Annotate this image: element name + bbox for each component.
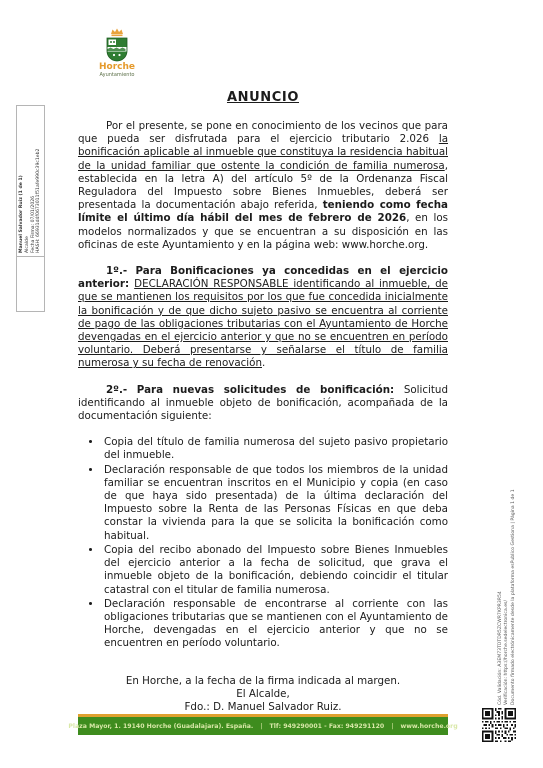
list-item: Copia del título de familia numerosa del… xyxy=(102,436,448,462)
platform-note: Documento firmado electrónicamente desde… xyxy=(511,390,517,705)
section1-underlined: DECLARACIÓN RESPONSABLE identificando al… xyxy=(78,278,448,369)
list-item: Declaración responsable de que todos los… xyxy=(102,464,448,543)
list-item: Copia del recibo abonado del Impuesto so… xyxy=(102,544,448,597)
document-body: Por el presente, se pone en conocimiento… xyxy=(78,120,448,727)
stamp-hash: HASH: 66931d4f0673011f51afe990c39c1eb2 xyxy=(36,107,42,253)
footer-address: Plaza Mayor, 1. 19140 Horche (Guadalajar… xyxy=(68,723,253,730)
logo-title: Horche xyxy=(90,62,144,72)
section2-heading: 2º.- Para nuevas solicitudes de bonifica… xyxy=(106,384,404,396)
footer-phone-fax: Tlf: 949290001 - Fax: 949291120 xyxy=(270,723,385,730)
margin-signature-text: Manuel Salvador Ruiz (1 de 1) Alcalde Fe… xyxy=(17,106,44,256)
page-title: ANUNCIO xyxy=(78,90,448,105)
section1-text: . xyxy=(262,357,265,369)
paragraph-intro: Por el presente, se pone en conocimiento… xyxy=(78,120,448,252)
footer-separator: | xyxy=(391,723,393,730)
qr-code xyxy=(482,708,516,742)
margin-seal-cell: Horche Ayuntamiento xyxy=(17,256,44,312)
horche-shield-icon xyxy=(102,28,132,62)
logo-subtitle: Ayuntamiento xyxy=(90,72,144,79)
town-hall-logo: Horche Ayuntamiento xyxy=(90,28,144,79)
signature-place: En Horche, a la fecha de la firma indica… xyxy=(78,675,448,688)
signature-role: El Alcalde, xyxy=(78,688,448,701)
paragraph-section-1: 1º.- Para Bonificaciones ya concedidas e… xyxy=(78,265,448,371)
list-item: Declaración responsable de encontrarse a… xyxy=(102,598,448,651)
intro-text-1: Por el presente, se pone en conocimiento… xyxy=(78,120,448,145)
document-page: Horche Ayuntamiento ANUNCIO Por el prese… xyxy=(0,0,543,768)
requirements-list: Copia del título de familia numerosa del… xyxy=(78,436,448,650)
footer-separator: | xyxy=(260,723,262,730)
margin-validation-stamp: Cód. Validación: A3EM73TDTDR5ZCWR7KPR3R5… xyxy=(498,390,521,705)
paragraph-section-2: 2º.- Para nuevas solicitudes de bonifica… xyxy=(78,384,448,424)
signature-name: Fdo.: D. Manuel Salvador Ruiz. xyxy=(78,701,448,714)
margin-signature-stamp: Manuel Salvador Ruiz (1 de 1) Alcalde Fe… xyxy=(16,105,45,312)
footer-website: www.horche.org xyxy=(401,723,458,730)
footer-contact-bar: Plaza Mayor, 1. 19140 Horche (Guadalajar… xyxy=(78,714,448,735)
